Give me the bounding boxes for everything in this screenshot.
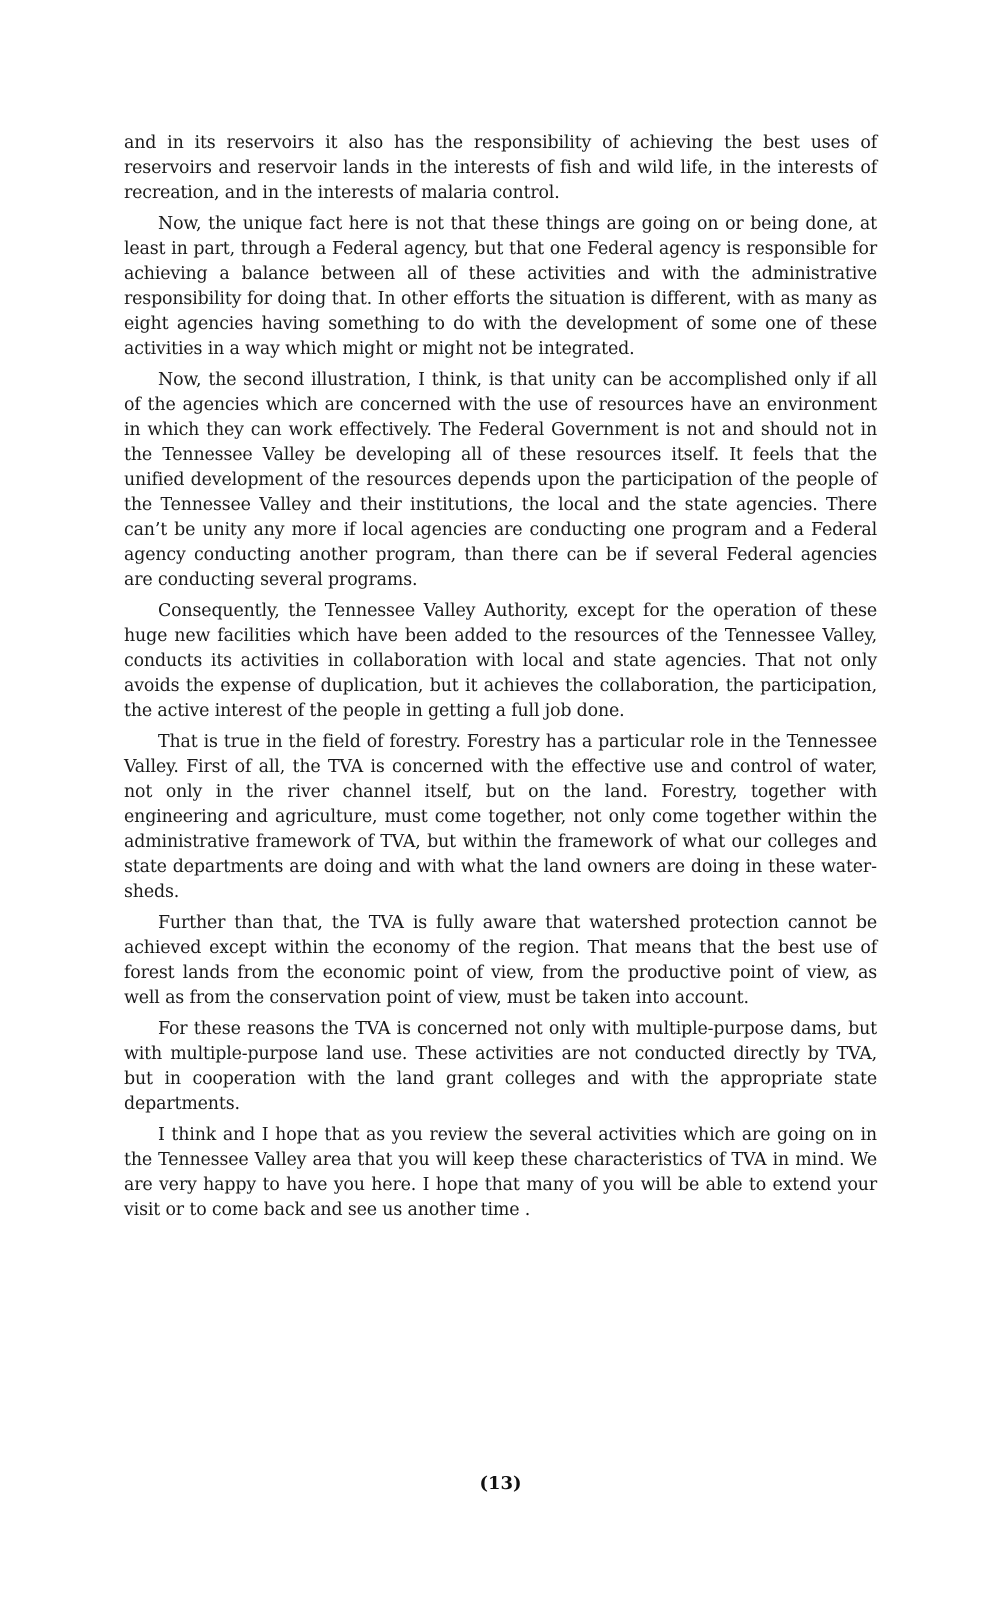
paragraph-closing: I think and I hope that as you review th… [124,1123,877,1223]
paragraph-watershed: Further than that, the TVA is fully awar… [124,911,877,1011]
page-number: (13) [0,1473,1001,1494]
paragraph-multiple-purpose: For these reasons the TVA is concerned n… [124,1017,877,1117]
paragraph-consequently: Consequently, the Tennessee Valley Autho… [124,599,877,724]
paragraph-forestry: That is true in the field of forestry. F… [124,730,877,905]
document-body: and in its reservoirs it also has the re… [124,131,877,1229]
paragraph-unique-fact: Now, the unique fact here is not that th… [124,212,877,362]
paragraph-second-illustration: Now, the second illustration, I think, i… [124,368,877,593]
paragraph-continuation: and in its reservoirs it also has the re… [124,131,877,206]
